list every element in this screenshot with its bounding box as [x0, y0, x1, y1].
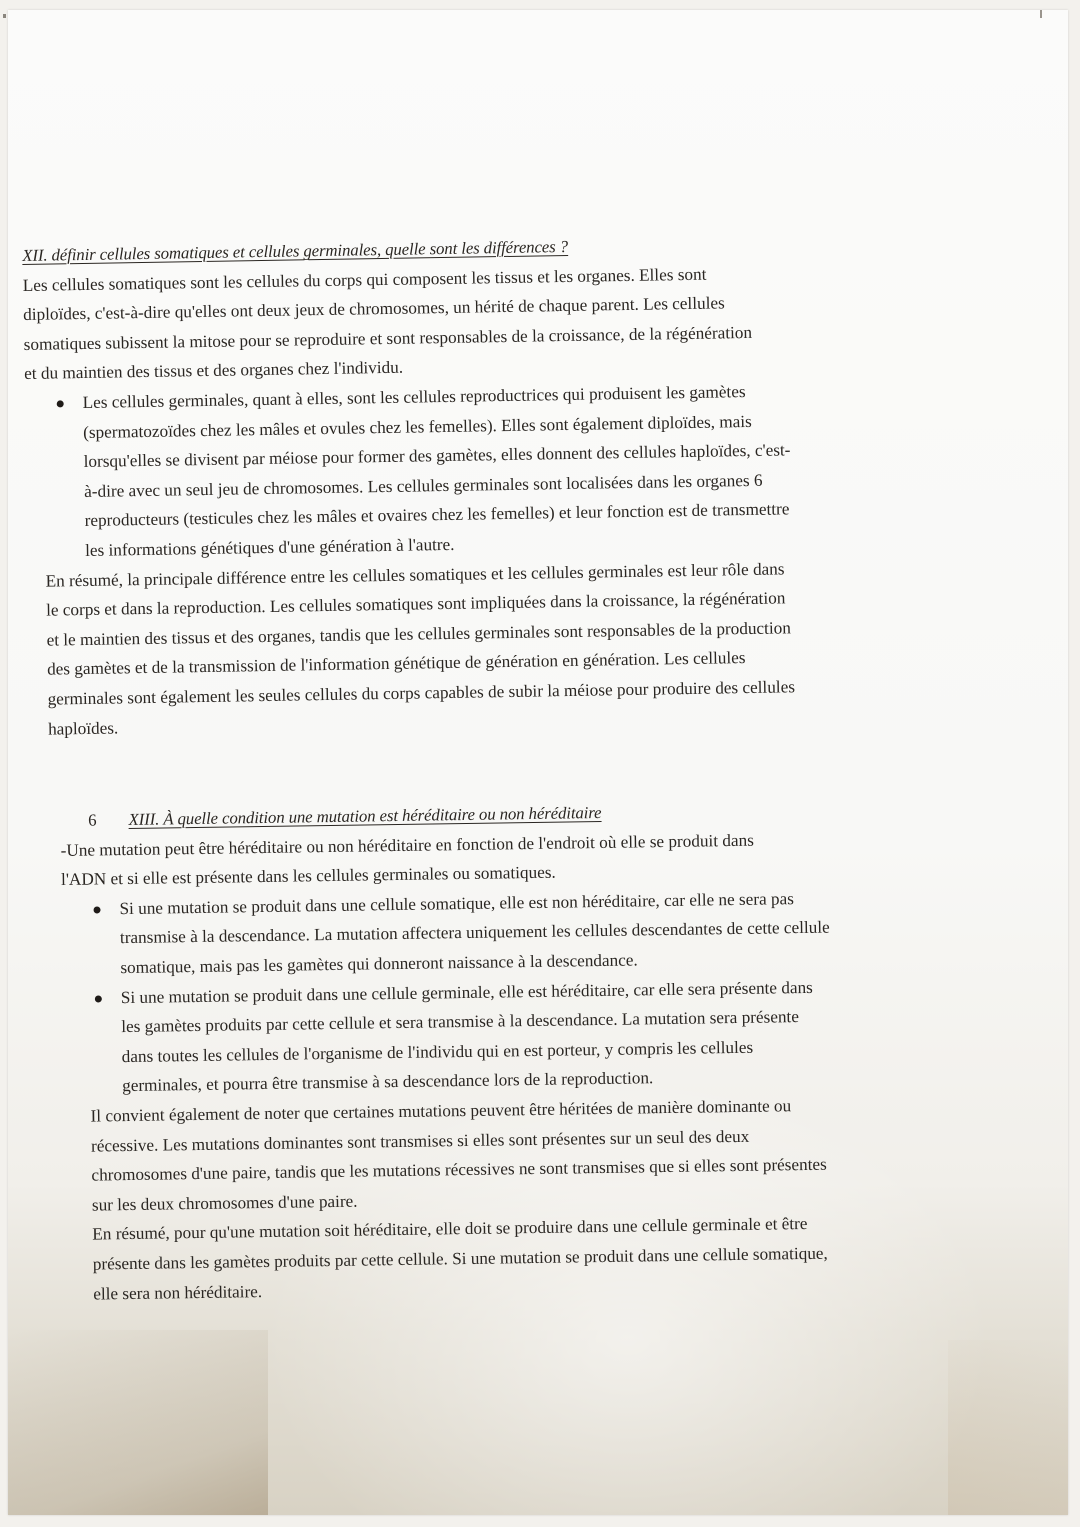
section-xiii: 6 XIII. À quelle condition une mutation … — [60, 792, 1027, 1309]
list-item: Les cellules germinales, quant à elles, … — [24, 372, 1027, 566]
bullet-icon — [95, 995, 102, 1002]
bullet-icon — [93, 906, 100, 913]
corner-mark — [3, 14, 6, 18]
section-xii: XII. définir cellules somatiques et cell… — [22, 224, 1030, 744]
section-xii-bullet-list: Les cellules germinales, quant à elles, … — [24, 372, 1027, 566]
section-xiii-heading: XIII. À quelle condition une mutation es… — [128, 803, 601, 829]
section-xii-summary: En résumé, la principale différence entr… — [27, 550, 1030, 744]
section-xiii-note: Il convient également de noter que certa… — [64, 1088, 1026, 1221]
list-item: Si une mutation se produit dans une cell… — [63, 969, 1025, 1102]
bullet-icon — [57, 400, 64, 407]
section-xiii-bullet-list: Si une mutation se produit dans une cell… — [61, 881, 1024, 1102]
top-edge-mark — [1040, 10, 1042, 18]
margin-number: 6 — [60, 805, 124, 836]
list-item: Si une mutation se produit dans une cell… — [61, 881, 1022, 984]
section-xii-intro: Les cellules somatiques sont les cellule… — [22, 254, 1024, 389]
section-xiii-summary: En résumé, pour qu'une mutation soit hér… — [66, 1206, 1027, 1309]
